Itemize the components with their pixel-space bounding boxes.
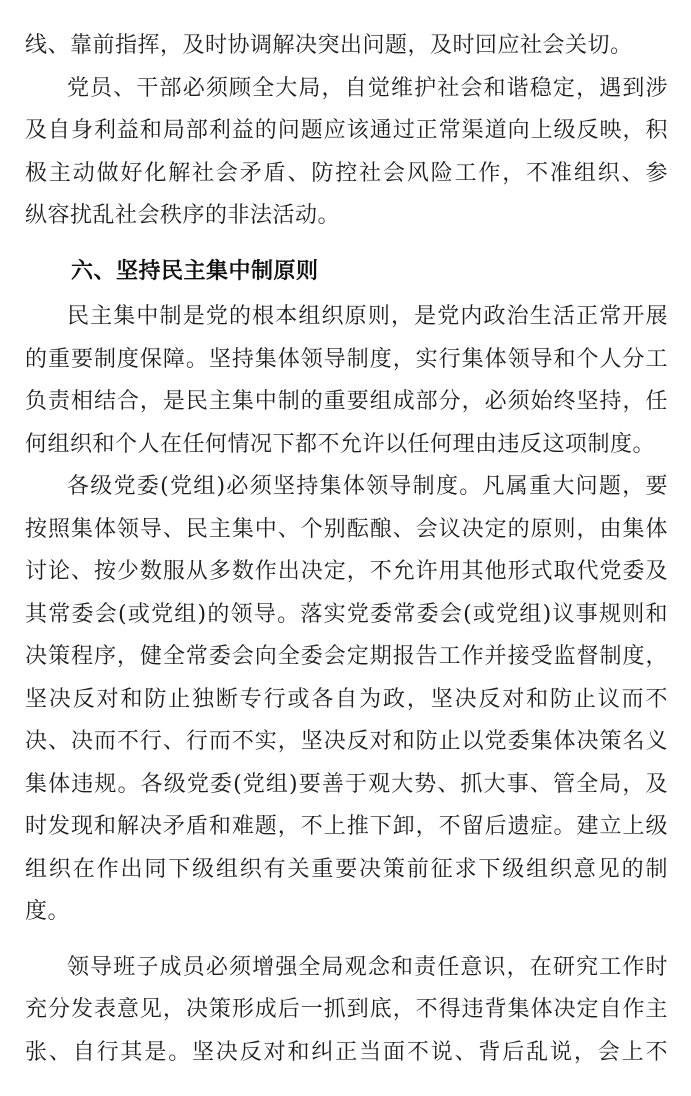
- document-body: 线、靠前指挥，及时协调解决突出问题，及时回应社会关切。党员、干部必须顾全大局，自…: [25, 25, 668, 1074]
- text-line: 时发现和解决矛盾和难题，不上推下卸，不留后遗症。建立上级: [25, 806, 668, 849]
- paragraph: 各级党委(党组)必须坚持集体领导制度。凡属重大问题，要按照集体领导、民主集中、个…: [25, 466, 668, 934]
- text-line: 充分发表意见，决策形成后一抓到底，不得违背集体决定自作主: [25, 989, 668, 1032]
- text-line: 组织在作出同下级组织有关重要决策前征求下级组织意见的制: [25, 849, 668, 892]
- section-heading: 六、坚持民主集中制原则: [25, 251, 668, 294]
- text-line: 决策程序，健全常委会向全委会定期报告工作并接受监督制度，: [25, 636, 668, 679]
- text-line: 民主集中制是党的根本组织原则，是党内政治生活正常开展: [25, 296, 668, 339]
- text-line: 其常委会(或党组)的领导。落实党委常委会(或党组)议事规则和: [25, 594, 668, 637]
- text-line: 线、靠前指挥，及时协调解决突出问题，及时回应社会关切。: [25, 25, 668, 68]
- paragraph: 民主集中制是党的根本组织原则，是党内政治生活正常开展的重要制度保障。坚持集体领导…: [25, 296, 668, 466]
- text-line: 纵容扰乱社会秩序的非法活动。: [25, 195, 668, 238]
- document-page: 线、靠前指挥，及时协调解决突出问题，及时回应社会关切。党员、干部必须顾全大局，自…: [0, 0, 691, 1096]
- text-line: 各级党委(党组)必须坚持集体领导制度。凡属重大问题，要: [25, 466, 668, 509]
- text-line: 度。: [25, 891, 668, 934]
- text-line: 何组织和个人在任何情况下都不允许以任何理由违反这项制度。: [25, 424, 668, 467]
- text-line: 党员、干部必须顾全大局，自觉维护社会和谐稳定，遇到涉: [25, 68, 668, 111]
- text-line: 的重要制度保障。坚持集体领导制度，实行集体领导和个人分工: [25, 339, 668, 382]
- heading-text-line: 六、坚持民主集中制原则: [25, 251, 668, 294]
- text-line: 按照集体领导、民主集中、个别酝酿、会议决定的原则，由集体: [25, 509, 668, 552]
- text-line: 负责相结合，是民主集中制的重要组成部分，必须始终坚持，任: [25, 381, 668, 424]
- paragraph: 线、靠前指挥，及时协调解决突出问题，及时回应社会关切。: [25, 25, 668, 68]
- text-line: 讨论、按少数服从多数作出决定，不允许用其他形式取代党委及: [25, 551, 668, 594]
- text-line: 决、决而不行、行而不实，坚决反对和防止以党委集体决策名义: [25, 721, 668, 764]
- paragraph: 领导班子成员必须增强全局观念和责任意识，在研究工作时充分发表意见，决策形成后一抓…: [25, 947, 668, 1075]
- text-line: 领导班子成员必须增强全局观念和责任意识，在研究工作时: [25, 947, 668, 990]
- text-line: 集体违规。各级党委(党组)要善于观大势、抓大事、管全局，及: [25, 764, 668, 807]
- text-line: 坚决反对和防止独断专行或各自为政，坚决反对和防止议而不: [25, 679, 668, 722]
- text-line: 极主动做好化解社会矛盾、防控社会风险工作，不准组织、参与、: [25, 153, 668, 196]
- text-line: 张、自行其是。坚决反对和纠正当面不说、背后乱说，会上不说、: [25, 1032, 668, 1075]
- text-line: 及自身利益和局部利益的问题应该通过正常渠道向上级反映，积: [25, 110, 668, 153]
- paragraph: 党员、干部必须顾全大局，自觉维护社会和谐稳定，遇到涉及自身利益和局部利益的问题应…: [25, 68, 668, 238]
